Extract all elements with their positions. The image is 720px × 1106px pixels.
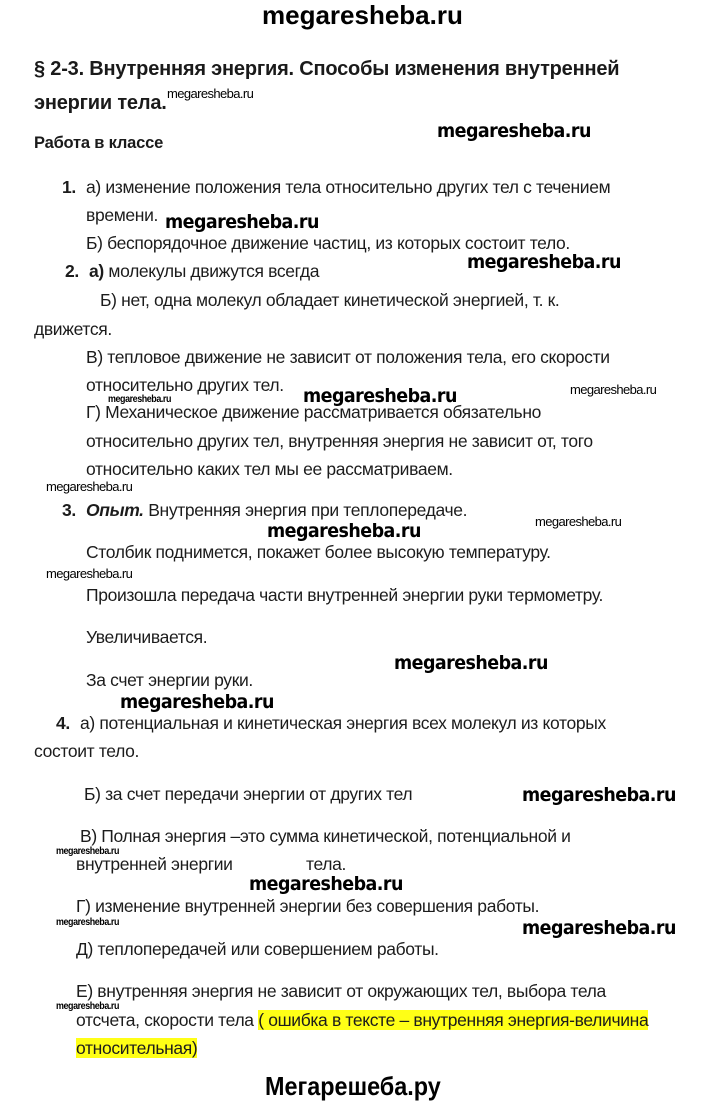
watermark: megaresheba.ru — [570, 382, 656, 397]
site-footer: Мегарешеба.ру — [265, 1071, 441, 1102]
answer-label: а) — [89, 261, 104, 281]
question-1: 1. — [62, 177, 76, 198]
watermark: megaresheba.ru — [120, 691, 274, 713]
q2-answer-b-line2: движется. — [34, 319, 112, 340]
watermark: megaresheba.ru — [522, 784, 676, 806]
q3-heading: Опыт. Внутренняя энергия при теплопереда… — [86, 500, 467, 521]
highlighted-note: ( ошибка в тексте – внутренняя энергия-в… — [258, 1010, 648, 1030]
answer-text: молекулы движутся всегда — [104, 261, 319, 281]
q4-answer-e-line1: Е) внутренняя энергия не зависит от окру… — [76, 981, 606, 1002]
watermark: megaresheba.ru — [522, 917, 676, 939]
watermark: megaresheba.ru — [165, 211, 319, 233]
watermark: megaresheba.ru — [267, 520, 421, 542]
highlighted-note: относительная) — [76, 1038, 197, 1058]
experiment-label: Опыт. — [86, 500, 144, 520]
watermark: megaresheba.ru — [249, 873, 403, 895]
watermark: megaresheba.ru — [394, 652, 548, 674]
experiment-title: Внутренняя энергия при теплопередаче. — [144, 500, 467, 520]
watermark: megaresheba.ru — [467, 251, 621, 273]
q2-answer-g-line3: относительно каких тел мы ее рассматрива… — [86, 459, 453, 480]
q4-answer-a-line2: состоит тело. — [34, 741, 139, 762]
q4-answer-b: Б) за счет передачи энергии от других те… — [84, 784, 412, 805]
q2-answer-g-line1: Г) Механическое движение рассматривается… — [86, 402, 541, 423]
watermark: megaresheba.ru — [56, 916, 119, 928]
q2-answer-g-line2: относительно других тел, внутренняя энер… — [86, 431, 593, 452]
question-number: 4. — [56, 713, 70, 733]
watermark: megaresheba.ru — [535, 514, 621, 529]
q4-answer-a-line1: а) потенциальная и кинетическая энергия … — [80, 713, 606, 734]
q3-line3: Увеличивается. — [86, 627, 207, 648]
question-2: 2. — [65, 261, 79, 282]
watermark: megaresheba.ru — [437, 120, 591, 142]
page-title-line1: § 2-3. Внутренняя энергия. Способы измен… — [34, 58, 619, 81]
q1-answer-a-line1: а) изменение положения тела относительно… — [86, 177, 610, 198]
watermark: megaresheba.ru — [46, 479, 132, 494]
section-heading: Работа в классе — [34, 134, 163, 153]
question-3: 3. — [62, 500, 76, 521]
q2-answer-v-line1: В) тепловое движение не зависит от полож… — [86, 347, 610, 368]
q3-line4: За счет энергии руки. — [86, 670, 253, 691]
question-4: 4. — [56, 713, 70, 734]
q4-answer-e-line3: относительная) — [76, 1038, 197, 1059]
question-number: 3. — [62, 500, 76, 520]
q3-line1: Столбик поднимется, покажет более высоку… — [86, 542, 551, 563]
q4-answer-e-line2: отсчета, скорости тела ( ошибка в тексте… — [76, 1010, 648, 1031]
answer-text: отсчета, скорости тела — [76, 1010, 258, 1030]
q3-line2: Произошла передача части внутренней энер… — [86, 585, 603, 606]
q2-answer-a: а) молекулы движутся всегда — [89, 261, 319, 282]
q4-answer-v-line1: В) Полная энергия –это сумма кинетическо… — [80, 826, 571, 847]
q4-answer-d: Д) теплопередачей или совершением работы… — [76, 939, 439, 960]
q4-answer-g: Г) изменение внутренней энергии без сове… — [76, 896, 539, 917]
q4-answer-v-line2b: тела. — [306, 854, 346, 875]
watermark: megaresheba.ru — [46, 566, 132, 581]
question-number: 1. — [62, 177, 76, 197]
watermark: megaresheba.ru — [167, 86, 253, 101]
page-title-line2: энергии тела. — [34, 92, 167, 115]
q2-answer-b-line1: Б) нет, одна молекул обладает кинетическ… — [100, 290, 559, 311]
site-header: megaresheba.ru — [262, 0, 463, 31]
q1-answer-a-line2: времени. — [86, 205, 158, 226]
question-number: 2. — [65, 261, 79, 281]
q4-answer-v-line2a: внутренней энергии — [76, 854, 233, 875]
